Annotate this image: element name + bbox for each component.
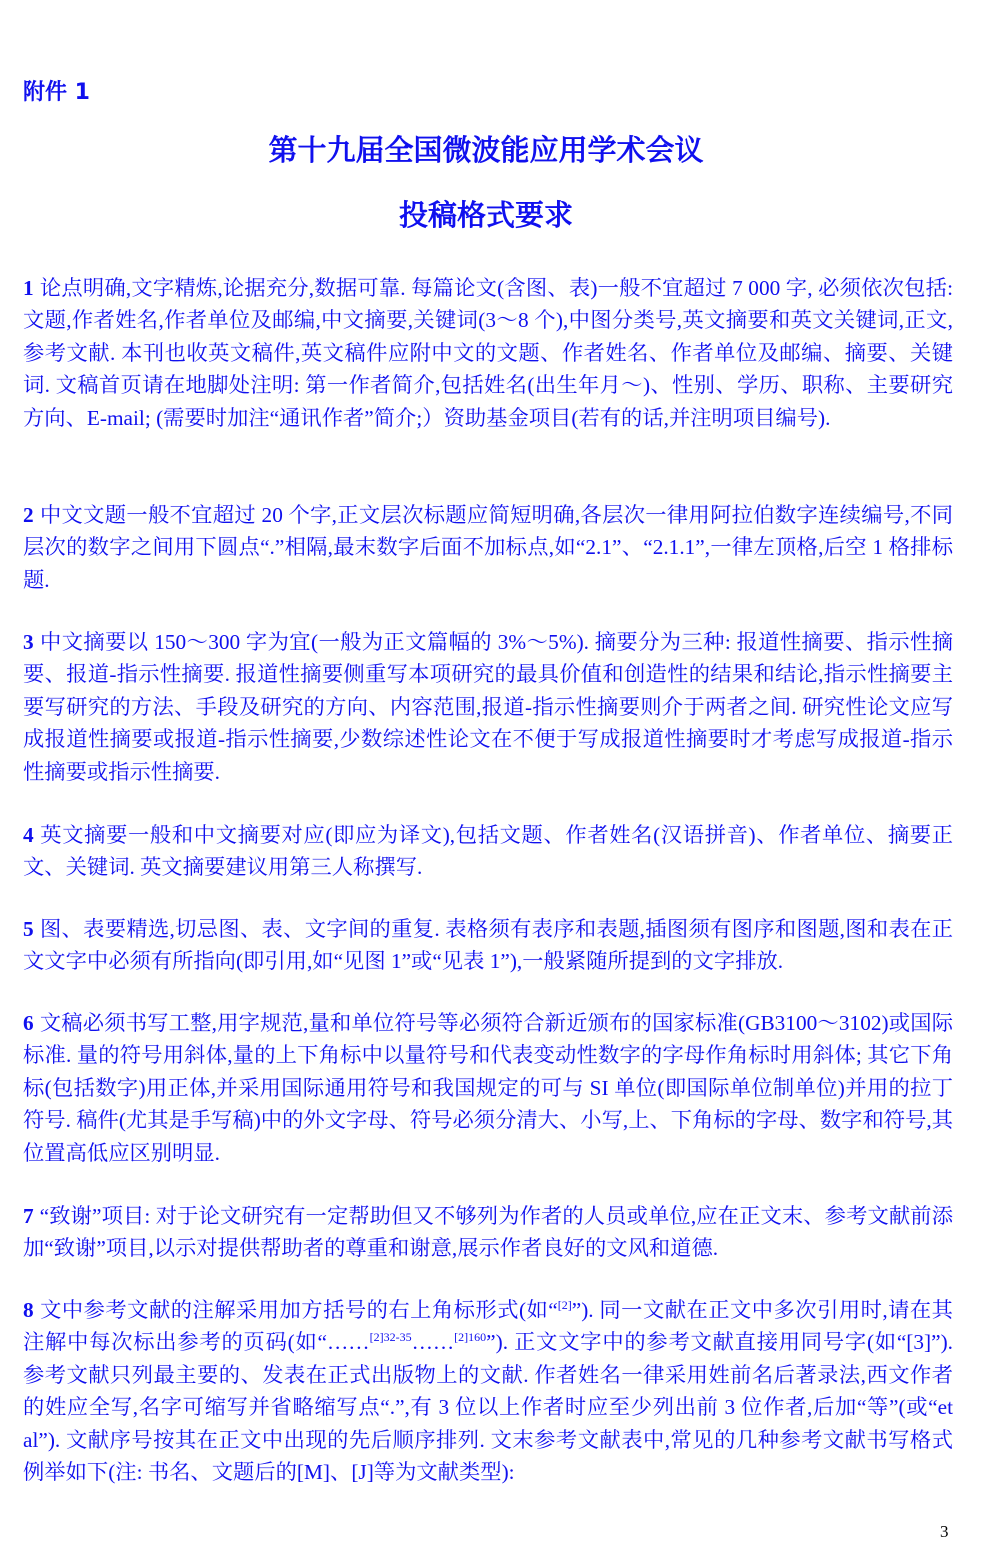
section-number: 5 xyxy=(23,917,34,941)
section-number: 4 xyxy=(23,823,34,847)
section-4: 4英文摘要一般和中文摘要对应(即应为译文),包括文题、作者姓名(汉语拼音)、作者… xyxy=(23,819,953,884)
citation-superscript: [2] xyxy=(558,1298,572,1312)
section-number: 2 xyxy=(23,503,34,527)
section-3: 3中文摘要以 150～300 字为宜(一般为正文篇幅的 3%～5%). 摘要分为… xyxy=(23,626,953,788)
section-8: 8文中参考文献的注解采用加方括号的右上角标形式(如“[2]”). 同一文献在正文… xyxy=(23,1294,953,1488)
section-2: 2中文文题一般不宜超过 20 个字,正文层次标题应简短明确,各层次一律用阿拉伯数… xyxy=(23,499,953,596)
section-6: 6文稿必须书写工整,用字规范,量和单位符号等必须符合新近颁布的国家标准(GB31… xyxy=(23,1007,953,1169)
section-text: 中文摘要以 150～300 字为宜(一般为正文篇幅的 3%～5%). 摘要分为三… xyxy=(23,630,953,784)
section-number: 8 xyxy=(23,1298,34,1322)
section-5: 5图、表要精选,切忌图、表、文字间的重复. 表格须有表序和表题,插图须有图序和图… xyxy=(23,913,953,978)
section-number: 7 xyxy=(23,1204,34,1228)
section-number: 3 xyxy=(23,630,34,654)
section-text: …… xyxy=(412,1330,455,1354)
section-number: 1 xyxy=(23,276,34,300)
section-7: 7“致谢”项目: 对于论文研究有一定帮助但又不够列为作者的人员或单位,应在正文末… xyxy=(23,1200,953,1265)
citation-superscript: [2]32-35 xyxy=(370,1330,412,1344)
citation-superscript: [2]160 xyxy=(454,1330,486,1344)
section-text: 中文文题一般不宜超过 20 个字,正文层次标题应简短明确,各层次一律用阿拉伯数字… xyxy=(23,503,953,592)
section-1: 1论点明确,文字精炼,论据充分,数据可靠. 每篇论文(含图、表)一般不宜超过 7… xyxy=(23,272,953,434)
section-text: 图、表要精选,切忌图、表、文字间的重复. 表格须有表序和表题,插图须有图序和图题… xyxy=(23,917,953,973)
attachment-label: 附件 1 xyxy=(23,75,90,106)
section-number: 6 xyxy=(23,1011,34,1035)
document-page: 附件 1 第十九届全国微波能应用学术会议 投稿格式要求 1论点明确,文字精炼,论… xyxy=(0,0,1000,1547)
section-text: 文稿必须书写工整,用字规范,量和单位符号等必须符合新近颁布的国家标准(GB310… xyxy=(23,1011,953,1165)
section-text: 英文摘要一般和中文摘要对应(即应为译文),包括文题、作者姓名(汉语拼音)、作者单… xyxy=(23,823,953,879)
document-title: 第十九届全国微波能应用学术会议 xyxy=(0,128,972,169)
document-subtitle: 投稿格式要求 xyxy=(0,193,972,234)
section-text: 文中参考文献的注解采用加方括号的右上角标形式(如“ xyxy=(40,1298,558,1322)
section-text: “致谢”项目: 对于论文研究有一定帮助但又不够列为作者的人员或单位,应在正文末、… xyxy=(23,1204,953,1260)
page-number: 3 xyxy=(940,1522,949,1542)
section-text: 论点明确,文字精炼,论据充分,数据可靠. 每篇论文(含图、表)一般不宜超过 7 … xyxy=(23,276,953,430)
